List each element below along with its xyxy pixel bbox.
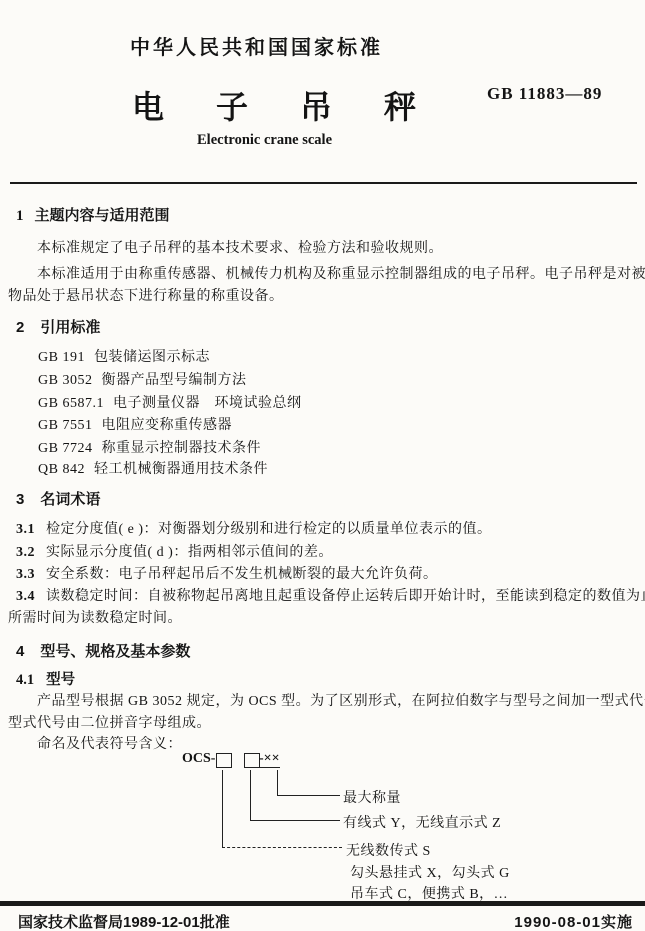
term-item: 3.3安全系数：电子吊秤起吊后不发生机械断裂的最大允许负荷。 [16, 563, 438, 583]
term-text: 实际显示分度值( d )：指两相邻示值间的差。 [46, 545, 333, 560]
section-1-paragraph-1: 本标准规定了电子吊秤的基本技术要求、检验方法和验收规则。 [37, 237, 443, 257]
diagram-label-max-capacity: 最大称量 [343, 787, 401, 807]
section-4-1-number: 4.1 [16, 672, 34, 688]
reference-name: 包装储运图示标志 [94, 350, 210, 365]
reference-name: 轻工机械衡器通用技术条件 [94, 462, 268, 477]
reference-item: GB 6587.1电子测量仪器 环境试验总纲 [38, 392, 301, 412]
type-code-box-2 [244, 753, 260, 768]
implementation-note: 1990-08-01实施 [514, 911, 633, 931]
section-1-heading: 1主题内容与适用范围 [16, 204, 170, 225]
term-item: 3.2实际显示分度值( d )：指两相邻示值间的差。 [16, 541, 333, 561]
reference-name: 衡器产品型号编制方法 [101, 373, 246, 388]
section-1-paragraph-2-line-1: 本标准适用于由称重传感器、机械传力机构及称重显示控制器组成的电子吊秤。电子吊秤是… [37, 263, 645, 283]
term-text: 检定分度值( e )：对衡器划分级别和进行检定的以质量单位表示的值。 [46, 522, 492, 537]
standard-number: GB 11883—89 [487, 84, 602, 104]
section-4-number: 4 [16, 643, 24, 660]
term-number: 3.1 [16, 522, 35, 537]
footer-rule [0, 901, 645, 906]
reference-name: 电子测量仪器 环境试验总纲 [113, 396, 302, 411]
connector-line-form-type [222, 770, 342, 848]
diagram-label-wireless-type: 无线数传式 S [346, 840, 431, 860]
section-3-heading: 3名词术语 [16, 488, 100, 509]
model-suffix: -×× [259, 751, 280, 768]
approval-note: 国家技术监督局1989-12-01批准 [18, 911, 230, 931]
section-4-1-heading: 4.1型号 [16, 668, 75, 689]
term-text-line-2: 所需时间为读数稳定时间。 [8, 607, 182, 627]
reference-code: GB 7724 [38, 441, 92, 456]
reference-code: GB 7551 [38, 418, 92, 433]
reference-code: QB 842 [38, 462, 85, 477]
section-4-paragraph-line-2: 型式代号由二位拼音字母组成。 [8, 712, 211, 732]
reference-item: GB 7551电阻应变称重传感器 [38, 414, 232, 434]
section-4-paragraph-line-1: 产品型号根据 GB 3052 规定，为 OCS 型。为了区别形式，在阿拉伯数字与… [37, 690, 645, 710]
diagram-label-wired-type: 有线式 Y，无线直示式 Z [343, 812, 501, 832]
reference-code: GB 3052 [38, 373, 92, 388]
naming-label: 命名及代表符号含义： [37, 733, 182, 753]
reference-item: QB 842轻工机械衡器通用技术条件 [38, 458, 268, 478]
document-title: 电子吊秤 [132, 82, 468, 128]
section-3-title: 名词术语 [40, 491, 100, 508]
header-rule [10, 182, 637, 184]
term-number: 3.4 [16, 589, 35, 604]
reference-code: GB 191 [38, 350, 85, 365]
term-item: 3.1检定分度值( e )：对衡器划分级别和进行检定的以质量单位表示的值。 [16, 518, 492, 538]
reference-item: GB 191包装储运图示标志 [38, 346, 210, 366]
reference-code: GB 6587.1 [38, 396, 104, 411]
section-2-heading: 2引用标准 [16, 316, 100, 337]
diagram-label-hook-type: 勾头悬挂式 X，勾头式 G [350, 862, 510, 882]
reference-item: GB 7724称重显示控制器技术条件 [38, 437, 261, 457]
term-text-line-1: 读数稳定时间：自被称物起吊离地且起重设备停止运转后即开始计时，至能读到稳定的数值… [46, 589, 645, 604]
reference-name: 称重显示控制器技术条件 [101, 441, 261, 456]
section-4-1-title: 型号 [46, 672, 75, 688]
section-2-title: 引用标准 [40, 319, 100, 336]
section-1-title: 主题内容与适用范围 [35, 207, 170, 224]
diagram-label-portable-type: 吊车式 C，便携式 B，… [350, 883, 508, 903]
section-4-heading: 4型号、规格及基本参数 [16, 640, 190, 661]
section-1-number: 1 [16, 208, 24, 224]
section-1-paragraph-2-line-2: 物品处于悬吊状态下进行称量的称重设备。 [8, 285, 284, 305]
term-item: 3.4读数稳定时间：自被称物起吊离地且起重设备停止运转后即开始计时，至能读到稳定… [16, 585, 645, 605]
section-2-number: 2 [16, 319, 24, 336]
document-page: 中华人民共和国国家标准 电子吊秤 GB 11883—89 Electronic … [0, 0, 645, 931]
model-prefix: OCS- [182, 751, 215, 767]
term-number: 3.2 [16, 545, 35, 560]
term-number: 3.3 [16, 567, 35, 582]
section-3-number: 3 [16, 491, 24, 508]
type-code-box-1 [216, 753, 232, 768]
term-text: 安全系数：电子吊秤起吊后不发生机械断裂的最大允许负荷。 [46, 567, 438, 582]
section-4-title: 型号、规格及基本参数 [40, 643, 190, 660]
reference-item: GB 3052衡器产品型号编制方法 [38, 369, 246, 389]
reference-name: 电阻应变称重传感器 [101, 418, 232, 433]
document-title-en: Electronic crane scale [197, 132, 332, 149]
standard-label: 中华人民共和国国家标准 [130, 31, 383, 60]
